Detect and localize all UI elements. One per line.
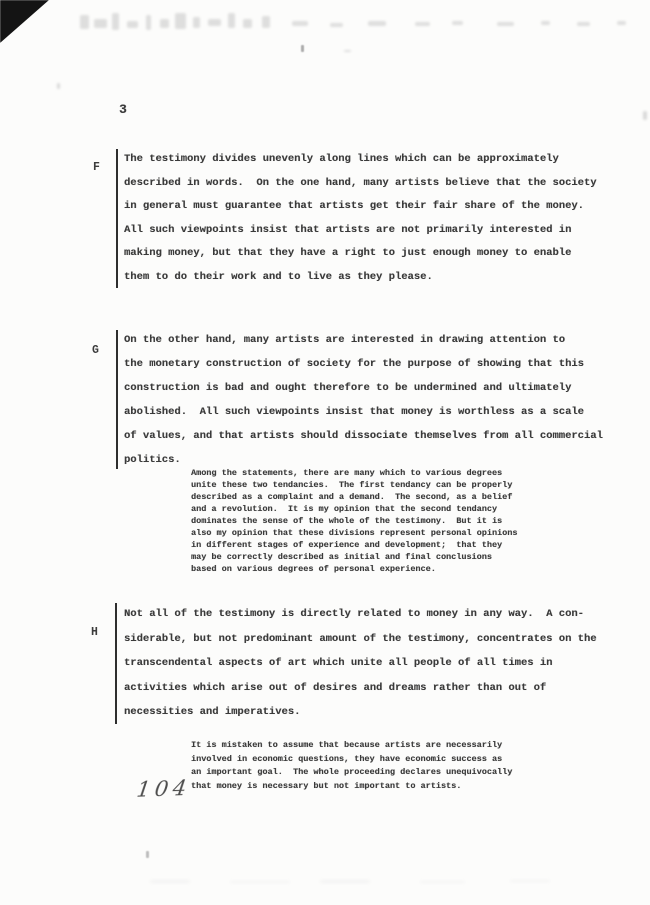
text-line: the monetary construction of society for… [124, 352, 629, 376]
text-line: All such viewpoints insist that artists … [124, 219, 629, 243]
text-line: based on various degrees of personal exp… [191, 563, 531, 575]
section-label-f: F [93, 161, 100, 174]
stray-mark [643, 111, 647, 120]
stray-mark [146, 851, 149, 858]
text-line: in general must guarantee that artists g… [124, 195, 629, 219]
indented-paragraph-2: It is mistaken to assume that because ar… [191, 739, 531, 793]
text-line: dominates the sense of the whole of the … [191, 515, 531, 527]
text-line: transcendental aspects of art which unit… [124, 651, 629, 676]
indented-paragraph-1: Among the statements, there are many whi… [191, 467, 531, 575]
text-line: described as a complaint and a demand. T… [191, 491, 531, 503]
text-line: siderable, but not predominant amount of… [124, 627, 629, 652]
handwritten-page-number: 104 [135, 776, 192, 802]
text-line: also my opinion that these divisions rep… [191, 527, 531, 539]
text-line: an important goal. The whole proceeding … [191, 766, 531, 780]
page-number: 3 [119, 102, 127, 117]
section-rule-f [116, 149, 118, 288]
section-g-paragraph: On the other hand, many artists are inte… [124, 328, 629, 472]
text-line: necessities and imperatives. [124, 700, 629, 725]
section-rule-g [116, 330, 118, 469]
scan-corner-artifact [0, 0, 49, 43]
text-line: may be correctly described as initial an… [191, 551, 531, 563]
text-line: that money is necessary but not importan… [191, 780, 531, 794]
section-f-paragraph: The testimony divides unevenly along lin… [124, 148, 629, 289]
section-rule-h [115, 603, 117, 724]
text-line: Not all of the testimony is directly rel… [124, 602, 629, 627]
stray-mark [57, 83, 60, 89]
stray-mark [344, 50, 351, 52]
scanned-document-page: 3 F The testimony divides unevenly along… [0, 0, 650, 905]
text-line: construction is bad and ought therefore … [124, 376, 629, 400]
text-line: making money, but that they have a right… [124, 242, 629, 266]
text-line: Among the statements, there are many whi… [191, 467, 531, 479]
text-line: It is mistaken to assume that because ar… [191, 739, 531, 753]
text-line: of values, and that artists should disso… [124, 424, 629, 448]
text-line: unite these two tendancies. The first te… [191, 479, 531, 491]
section-h-paragraph: Not all of the testimony is directly rel… [124, 602, 629, 725]
text-line: The testimony divides unevenly along lin… [124, 148, 629, 172]
text-line: them to do their work and to live as the… [124, 266, 629, 290]
text-line: and a revolution. It is my opinion that … [191, 503, 531, 515]
text-line: abolished. All such viewpoints insist th… [124, 400, 629, 424]
text-line: activities which arise out of desires an… [124, 676, 629, 701]
stray-mark [301, 45, 304, 52]
text-line: in different stages of experience and de… [191, 539, 531, 551]
text-line: involved in economic questions, they hav… [191, 753, 531, 767]
text-line: described in words. On the one hand, man… [124, 172, 629, 196]
section-label-h: H [91, 626, 98, 639]
section-label-g: G [92, 344, 99, 357]
text-line: On the other hand, many artists are inte… [124, 328, 629, 352]
